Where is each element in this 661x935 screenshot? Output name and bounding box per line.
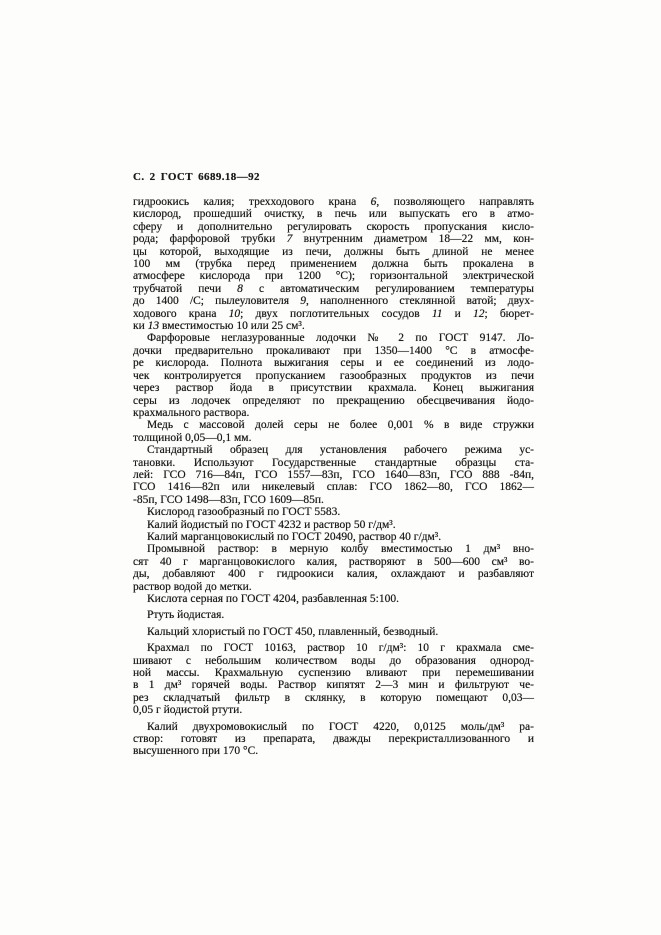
text-line: Ртуть йодистая. [133,609,534,621]
text-line: створ: готовят из препарата, дважды пере… [133,733,534,745]
document-page: С. 2 ГОСТ 6689.18—92 гидроокись калия; т… [133,171,534,758]
text-line: ре кислорода. Полнота выжигания серы и е… [133,357,534,369]
text-line: толщиной 0,05—0,1 мм. [133,432,534,444]
paragraph: Крахмал по ГОСТ 10163, раствор 10 г/дм³:… [133,642,534,716]
paragraph: Стандартный образец для установления раб… [133,444,534,506]
text-line: Стандартный образец для установления раб… [133,444,534,456]
text-line: до 1400 /С; пылеуловителя 9, наполненног… [133,295,534,307]
text-line: через раствор йода в присутствии крахмал… [133,382,534,394]
page-header: С. 2 ГОСТ 6689.18—92 [133,171,534,183]
text-line: высушенного при 170 °С. [133,745,534,757]
text-line: 0,05 г йодистой ртути. [133,704,534,716]
text-line: Промывной раствор: в мерную колбу вмести… [133,543,534,555]
text-line: Калий марганцовокислый по ГОСТ 20490, ра… [133,531,534,543]
text-line: Кислород газообразный по ГОСТ 5583. [133,506,534,518]
text-line: Калий двухромовокислый по ГОСТ 4220, 0,0… [133,721,534,733]
paragraph: Калий йодистый по ГОСТ 4232 и раствор 50… [133,519,534,531]
text-line: кислород, прошедший очистку, в печь или … [133,208,534,220]
text-line: раствор водой до метки. [133,581,534,593]
text-line: Калий йодистый по ГОСТ 4232 и раствор 50… [133,519,534,531]
text-line: ходового крана 10; двух поглотительных с… [133,308,534,320]
text-line: гидроокись калия; трехходового крана 6, … [133,196,534,208]
text-line: лей: ГСО 716—84п, ГСО 1557—83п, ГСО 1640… [133,469,534,481]
text-line: рез складчатый фильтр в склянку, в котор… [133,692,534,704]
text-line: сят 40 г марганцовокислого калия, раство… [133,556,534,568]
text-line: 100 мм (трубка перед применением должна … [133,258,534,270]
text-line: Медь с массовой долей серы не более 0,00… [133,419,534,431]
paragraph: Кислота серная по ГОСТ 4204, разбавленна… [133,593,534,605]
paragraph: Фарфоровые неглазурованные лодочки № 2 п… [133,332,534,419]
text-line: трубчатой печи 8 с автоматическим регули… [133,283,534,295]
paragraph: Калий двухромовокислый по ГОСТ 4220, 0,0… [133,721,534,758]
document-body: гидроокись калия; трехходового крана 6, … [133,196,534,758]
text-line: ды, добавляют 400 г гидроокиси калия, ох… [133,568,534,580]
text-line: Фарфоровые неглазурованные лодочки № 2 п… [133,332,534,344]
text-line: рода; фарфоровой трубки 7 внутренним диа… [133,233,534,245]
paragraph: Кислород газообразный по ГОСТ 5583. [133,506,534,518]
text-line: крахмального раствора. [133,407,534,419]
text-line: тановки. Используют Государственные стан… [133,457,534,469]
text-line: дочки предварительно прокаливают при 135… [133,345,534,357]
text-line: чек контролируется пропусканием газообра… [133,370,534,382]
paragraph: Кальций хлористый по ГОСТ 450, плавленны… [133,626,534,638]
text-line: ки 13 вместимостью 10 или 25 см³. [133,320,534,332]
text-line: ГСО 1416—82п или никелевый сплав: ГСО 18… [133,481,534,493]
text-line: сферу и дополнительно регулировать скоро… [133,221,534,233]
text-line: ной массы. Крахмальную суспензию вливают… [133,667,534,679]
paragraph: Калий марганцовокислый по ГОСТ 20490, ра… [133,531,534,543]
text-line: -85п, ГСО 1498—83п, ГСО 1609—85п. [133,494,534,506]
text-line: шивают с небольшим количеством воды до о… [133,655,534,667]
text-line: серы из лодочек определяют по прекращени… [133,395,534,407]
paragraph: Промывной раствор: в мерную колбу вмести… [133,543,534,593]
text-line: Крахмал по ГОСТ 10163, раствор 10 г/дм³:… [133,642,534,654]
text-line: атмосфере кислорода при 1200 °С); горизо… [133,270,534,282]
text-line: Кальций хлористый по ГОСТ 450, плавленны… [133,626,534,638]
text-line: в 1 дм³ горячей воды. Раствор кипятят 2—… [133,679,534,691]
paragraph: гидроокись калия; трехходового крана 6, … [133,196,534,332]
text-line: цы которой, выходящие из печи, должны бы… [133,246,534,258]
text-line: Кислота серная по ГОСТ 4204, разбавленна… [133,593,534,605]
paragraph: Ртуть йодистая. [133,609,534,621]
paragraph: Медь с массовой долей серы не более 0,00… [133,419,534,444]
